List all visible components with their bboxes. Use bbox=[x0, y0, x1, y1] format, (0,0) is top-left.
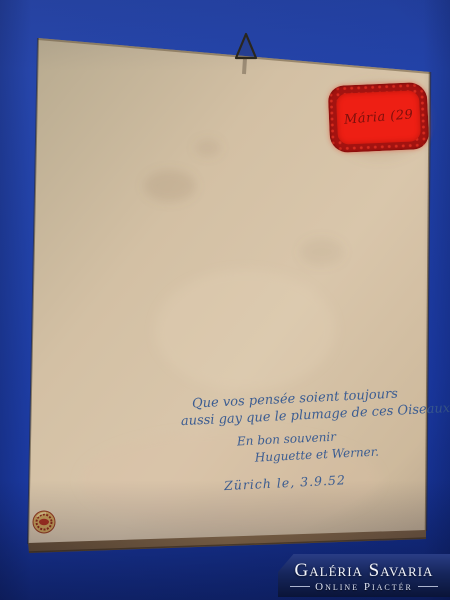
watermark-title: Galéria Savaria bbox=[295, 562, 434, 580]
handwritten-inscription: Que vos pensée soient toujours aussi gay… bbox=[180, 384, 437, 496]
watermark-subtitle: Online Piactér bbox=[315, 581, 413, 593]
photo-background: Mária (29 Que vos pensée soient toujours… bbox=[0, 0, 450, 600]
watermark-subtitle-row: Online Piactér bbox=[290, 581, 438, 593]
inventory-label: Mária (29 bbox=[328, 82, 430, 153]
watermark: Galéria Savaria Online Piactér bbox=[278, 554, 450, 597]
watermark-dash-right bbox=[418, 586, 438, 587]
inventory-label-text: Mária (29 bbox=[343, 107, 413, 127]
maker-seal-icon bbox=[33, 511, 55, 533]
watermark-dash-left bbox=[290, 586, 310, 587]
inventory-label-field: Mária (29 bbox=[336, 90, 421, 145]
